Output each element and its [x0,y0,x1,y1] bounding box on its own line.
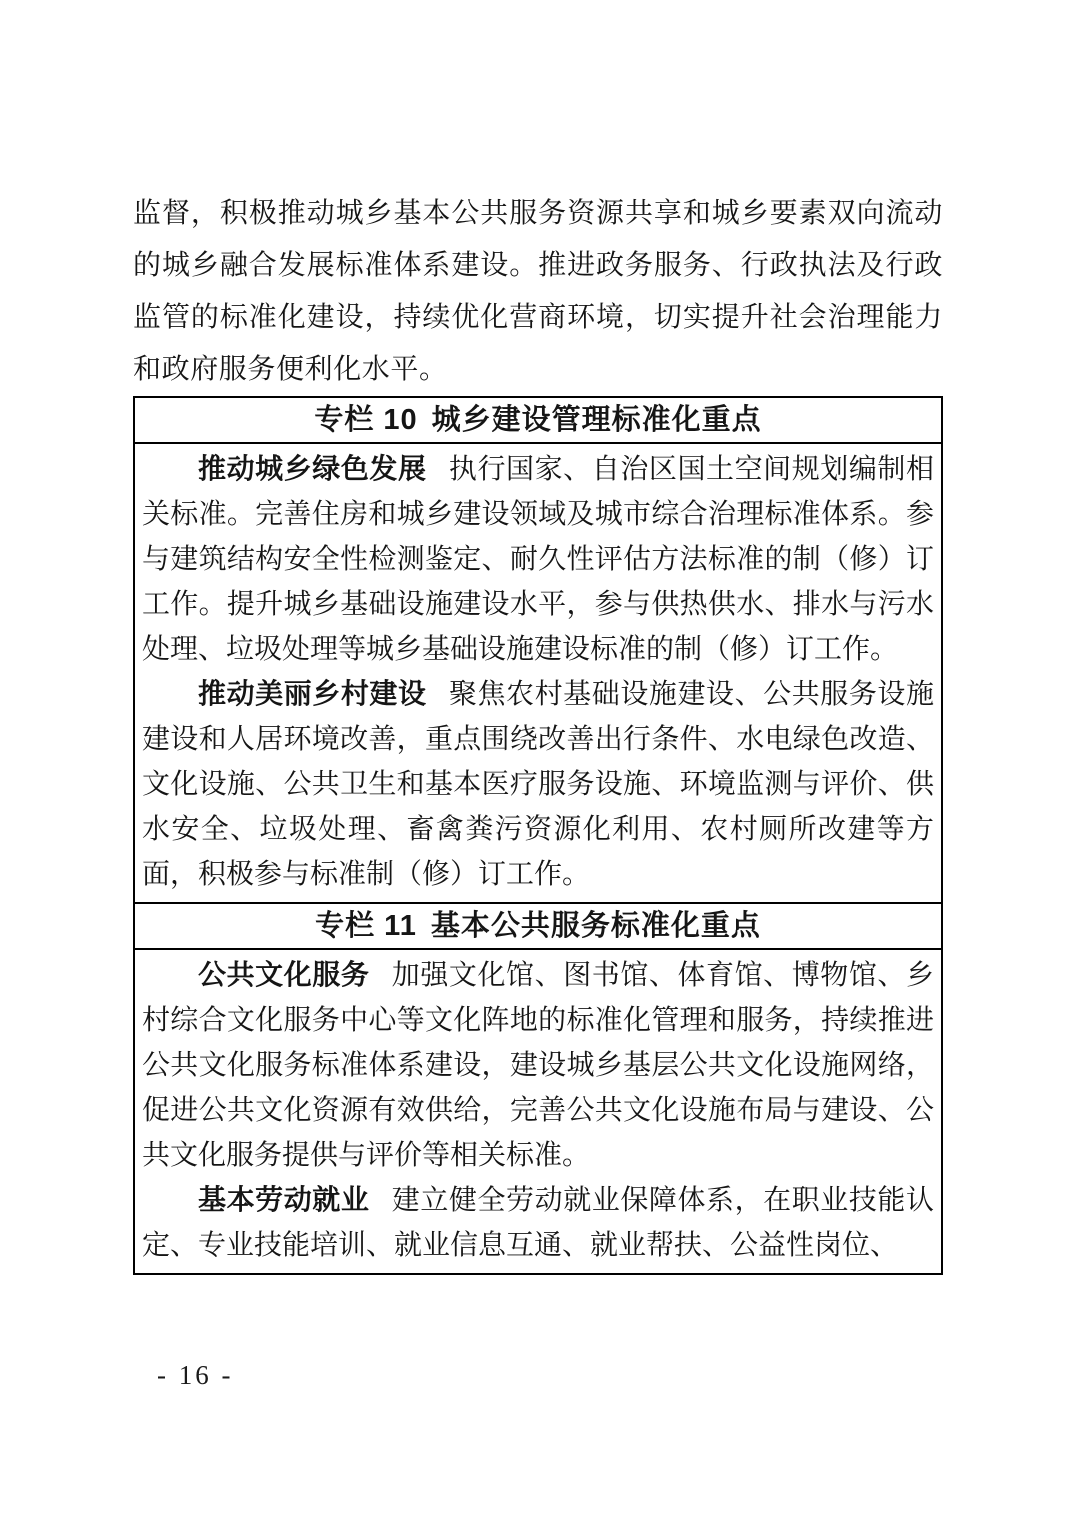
paragraph-text: 聚焦农村基础设施建设、公共服务设施建设和人居环境改善，重点围绕改善出行条件、水电… [142,679,934,890]
panel-10-label: 专栏 10 [314,404,417,436]
panel-11-body: 公共文化服务加强文化馆、图书馆、体育馆、博物馆、乡村综合文化服务中心等文化阵地的… [135,950,941,1273]
panel-10-title: 城乡建设管理标准化重点 [432,404,762,436]
panel-11-label: 专栏 11 [315,910,417,942]
paragraph-lead: 基本劳动就业 [198,1185,369,1216]
intro-paragraph: 监督，积极推动城乡基本公共服务资源共享和城乡要素双向流动的城乡融合发展标准体系建… [133,188,943,396]
panel-10-header: 专栏 10城乡建设管理标准化重点 [135,398,941,444]
document-page: 监督，积极推动城乡基本公共服务资源共享和城乡要素双向流动的城乡融合发展标准体系建… [0,0,1074,1520]
paragraph-text: 执行国家、自治区国土空间规划编制相关标准。完善住房和城乡建设领域及城市综合治理标… [142,454,934,665]
panel-10-paragraph-green-development: 推动城乡绿色发展执行国家、自治区国土空间规划编制相关标准。完善住房和城乡建设领域… [142,447,934,672]
page-content: 监督，积极推动城乡基本公共服务资源共享和城乡要素双向流动的城乡融合发展标准体系建… [133,188,943,1275]
panel-11-header: 专栏 11基本公共服务标准化重点 [135,902,941,950]
panel-11-paragraph-labor-employment: 基本劳动就业建立健全劳动就业保障体系，在职业技能认定、专业技能培训、就业信息互通… [142,1178,934,1268]
page-number: - 16 - [157,1360,233,1391]
panel-10-body: 推动城乡绿色发展执行国家、自治区国土空间规划编制相关标准。完善住房和城乡建设领域… [135,444,941,902]
panel-group: 专栏 10城乡建设管理标准化重点 推动城乡绿色发展执行国家、自治区国土空间规划编… [133,396,943,1275]
paragraph-lead: 推动城乡绿色发展 [198,454,427,485]
panel-11-paragraph-public-culture: 公共文化服务加强文化馆、图书馆、体育馆、博物馆、乡村综合文化服务中心等文化阵地的… [142,953,934,1178]
paragraph-lead: 推动美丽乡村建设 [198,679,427,710]
paragraph-text: 加强文化馆、图书馆、体育馆、博物馆、乡村综合文化服务中心等文化阵地的标准化管理和… [142,960,934,1171]
panel-10-paragraph-beautiful-village: 推动美丽乡村建设聚焦农村基础设施建设、公共服务设施建设和人居环境改善，重点围绕改… [142,672,934,897]
paragraph-lead: 公共文化服务 [198,960,369,991]
panel-11-title: 基本公共服务标准化重点 [431,910,761,942]
